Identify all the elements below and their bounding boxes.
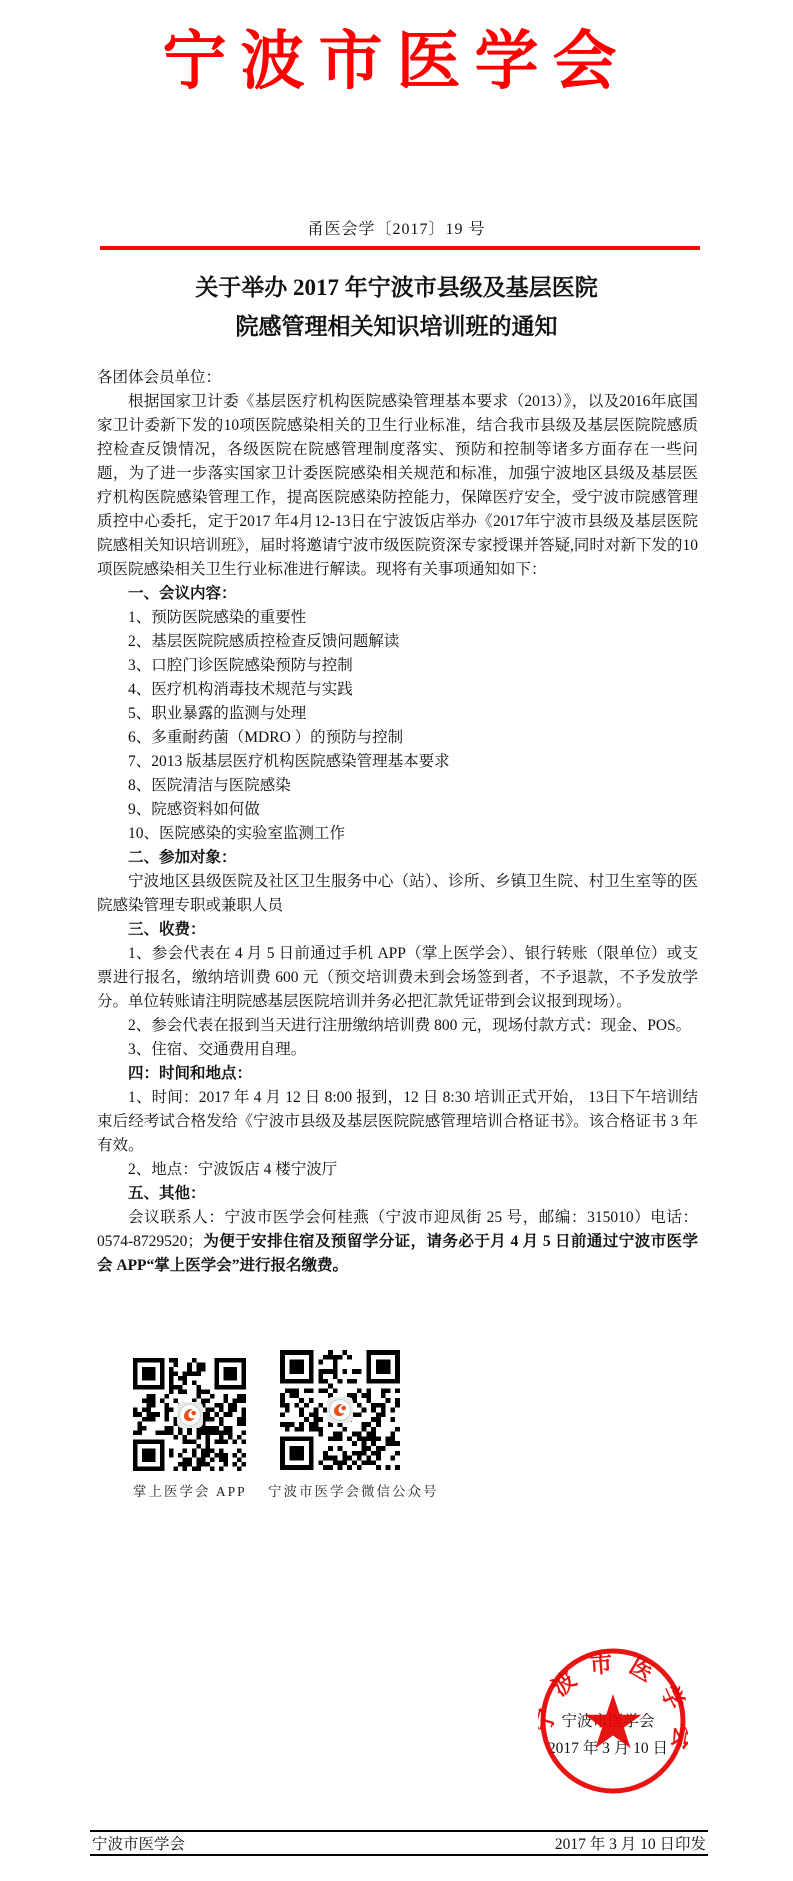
fee-item: 1、参会代表在 4 月 5 日前通过手机 APP（掌上医学会）、银行转账（限单位… [97, 942, 698, 1014]
agenda-item: 10、医院感染的实验室监测工作 [97, 822, 698, 846]
intro-paragraph: 根据国家卫计委《基层医疗机构医院感染管理基本要求（2013）》，以及2016年底… [97, 390, 698, 582]
agenda-item: 8、医院清洁与医院感染 [97, 774, 698, 798]
fee-item: 2、参会代表在报到当天进行注册缴纳培训费 800 元，现场付款方式：现金、POS… [97, 1014, 698, 1038]
qr-caption-app: 掌上医学会 APP [133, 1480, 246, 1500]
doc-number: 甬医会学〔2017〕19 号 [0, 216, 793, 239]
agenda-item: 2、基层医院院感质控检查反馈问题解读 [97, 630, 698, 654]
doc-title-line1: 关于举办 2017 年宁波市县级及基层医院 [0, 268, 793, 307]
qr-caption-wechat: 宁波市医学会微信公众号 [268, 1480, 413, 1500]
qr-code-wechat [280, 1350, 400, 1470]
signature-date: 2017 年 3 月 10 日 [498, 1735, 718, 1762]
time-item: 1、时间：2017 年 4 月 12 日 8:00 报到，12 日 8:30 培… [97, 1086, 698, 1158]
agenda-item: 7、2013 版基层医疗机构医院感染管理基本要求 [97, 750, 698, 774]
document-footer: 宁波市医学会 2017 年 3 月 10 日印发 [90, 1830, 708, 1856]
agenda-item: 1、预防医院感染的重要性 [97, 606, 698, 630]
red-divider [100, 246, 700, 250]
medical-association-logo [327, 1397, 353, 1423]
agenda-item: 3、口腔门诊医院感染预防与控制 [97, 654, 698, 678]
section5-heading: 五、其他： [97, 1182, 698, 1206]
footer-org: 宁波市医学会 [92, 1832, 185, 1854]
signature-org: 宁波市医学会 [498, 1708, 718, 1735]
footer-print-date: 2017 年 3 月 10 日印发 [555, 1832, 706, 1854]
notice-body: 各团体会员单位： 根据国家卫计委《基层医疗机构医院感染管理基本要求（2013）》… [97, 366, 698, 1278]
agenda-item: 9、院感资料如何做 [97, 798, 698, 822]
section2-text: 宁波地区县级医院及社区卫生服务中心（站）、诊所、乡镇卫生院、村卫生室等的医院感染… [97, 870, 698, 918]
agenda-item: 5、职业暴露的监测与处理 [97, 702, 698, 726]
notice-document: 宁波市医学会 甬医会学〔2017〕19 号 关于举办 2017 年宁波市县级及基… [0, 0, 793, 1881]
fee-item: 3、住宿、交通费用自理。 [97, 1038, 698, 1062]
agenda-item: 4、医疗机构消毒技术规范与实践 [97, 678, 698, 702]
doc-title: 关于举办 2017 年宁波市县级及基层医院 院感管理相关知识培训班的通知 [0, 268, 793, 346]
section2-heading: 二、参加对象： [97, 846, 698, 870]
agenda-item: 6、多重耐药菌（MDRO ）的预防与控制 [97, 726, 698, 750]
place-item: 2、地点：宁波饭店 4 楼宁波厅 [97, 1158, 698, 1182]
org-title: 宁波市医学会 [0, 10, 793, 102]
doc-title-line2: 院感管理相关知识培训班的通知 [0, 307, 793, 346]
qr-code-app [133, 1358, 246, 1471]
section4-heading: 四：时间和地点： [97, 1062, 698, 1086]
medical-association-logo [177, 1402, 203, 1428]
signature-block: 宁波市医学会 2017 年 3 月 10 日 [498, 1708, 718, 1762]
contact-paragraph: 会议联系人：宁波市医学会何桂燕（宁波市迎凤街 25 号，邮编：315010）电话… [97, 1206, 698, 1278]
section1-heading: 一、会议内容： [97, 582, 698, 606]
section3-heading: 三、收费： [97, 918, 698, 942]
salutation: 各团体会员单位： [97, 366, 698, 390]
